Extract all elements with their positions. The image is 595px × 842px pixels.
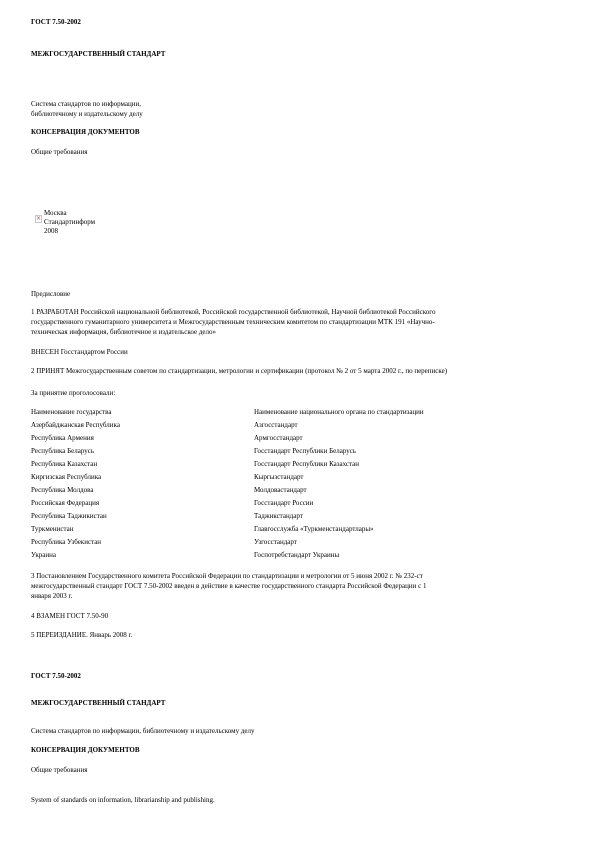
- publisher-year: 2008: [44, 227, 58, 236]
- table-cell-state: Республика Армения: [31, 434, 94, 443]
- voted-label: За принятие проголосовали:: [31, 389, 115, 398]
- table-cell-body: Кыргызстандарт: [254, 473, 303, 482]
- table-cell-state: Республика Казахстан: [31, 460, 97, 469]
- table-header-body: Наименование национального органа по ста…: [254, 408, 424, 417]
- page2-doc-number: ГОСТ 7.50-2002: [31, 672, 81, 681]
- table-cell-state: Республика Узбекистан: [31, 538, 101, 547]
- broken-image-icon: ×: [35, 215, 42, 223]
- publisher-name: Стандартинформ: [44, 218, 95, 227]
- table-row: Украина Госпотребстандарт Украины: [31, 551, 571, 563]
- table-row: Республика Узбекистан Узгосстандарт: [31, 538, 571, 550]
- foreword-introduced: ВНЕСЕН Госстандартом России: [31, 348, 128, 357]
- table-cell-body: Госпотребстандарт Украины: [254, 551, 339, 560]
- table-row: Республика Армения Армгосстандарт: [31, 434, 571, 446]
- foreword-item-3-line-2: межгосударственный стандарт ГОСТ 7.50-20…: [31, 582, 427, 591]
- table-row: Республика Молдова Молдовастандарт: [31, 486, 571, 498]
- table-row: Российская Федерация Госстандарт России: [31, 499, 571, 511]
- page2-system-line: Система стандартов по информации, библио…: [31, 727, 255, 736]
- table-cell-body: Армгосстандарт: [254, 434, 303, 443]
- standard-type: МЕЖГОСУДАРСТВЕННЫЙ СТАНДАРТ: [31, 50, 165, 59]
- document-subtitle: Общие требования: [31, 148, 87, 157]
- document-title: КОНСЕРВАЦИЯ ДОКУМЕНТОВ: [31, 128, 140, 137]
- table-row: Туркменистан Главгосслужба «Туркменстанд…: [31, 525, 571, 537]
- system-line-2: библиотечному и издательскому делу: [31, 110, 143, 119]
- table-cell-body: Главгосслужба «Туркменстандартлары»: [254, 525, 374, 534]
- table-cell-state: Украина: [31, 551, 56, 560]
- table-cell-state: Республика Молдова: [31, 486, 93, 495]
- foreword-item-1-line-1: 1 РАЗРАБОТАН Российской национальной биб…: [31, 308, 436, 317]
- table-row: Республика Таджикистан Таджикстандарт: [31, 512, 571, 524]
- table-row: Республика Казахстан Госстандарт Республ…: [31, 460, 571, 472]
- foreword-item-4: 4 ВЗАМЕН ГОСТ 7.50-90: [31, 612, 108, 621]
- table-cell-body: Госстандарт Республики Беларусь: [254, 447, 356, 456]
- foreword-item-3-line-3: января 2003 г.: [31, 592, 72, 601]
- foreword-item-5: 5 ПЕРЕИЗДАНИЕ. Январь 2008 г.: [31, 631, 132, 640]
- table-cell-body: Узгосстандарт: [254, 538, 297, 547]
- foreword-item-2: 2 ПРИНЯТ Межгосударственным советом по с…: [31, 367, 447, 376]
- table-cell-body: Госстандарт России: [254, 499, 313, 508]
- table-cell-state: Киргизская Республика: [31, 473, 101, 482]
- table-cell-body: Азгосстандарт: [254, 421, 298, 430]
- page2-document-subtitle: Общие требования: [31, 766, 87, 775]
- doc-number: ГОСТ 7.50-2002: [31, 18, 81, 27]
- page2-english-system: System of standards on information, libr…: [31, 796, 215, 805]
- table-cell-state: Азербайджанская Республика: [31, 421, 120, 430]
- table-cell-state: Республика Таджикистан: [31, 512, 107, 521]
- page2-standard-type: МЕЖГОСУДАРСТВЕННЫЙ СТАНДАРТ: [31, 699, 165, 708]
- table-cell-state: Туркменистан: [31, 525, 73, 534]
- table-row: Республика Беларусь Госстандарт Республи…: [31, 447, 571, 459]
- table-cell-body: Госстандарт Республики Казахстан: [254, 460, 359, 469]
- table-row: Киргизская Республика Кыргызстандарт: [31, 473, 571, 485]
- table-row: Азербайджанская Республика Азгосстандарт: [31, 421, 571, 433]
- publisher-city: Москва: [44, 209, 67, 218]
- system-line-1: Система стандартов по информации,: [31, 100, 141, 109]
- foreword-item-3-line-1: 3 Постановлением Государственного комите…: [31, 572, 423, 581]
- foreword-heading: Предисловие: [31, 290, 70, 299]
- foreword-item-1-line-2: государственного гуманитарного университ…: [31, 318, 435, 327]
- table-header-row: Наименование государства Наименование на…: [31, 408, 571, 420]
- page2-document-title: КОНСЕРВАЦИЯ ДОКУМЕНТОВ: [31, 746, 140, 755]
- table-cell-state: Республика Беларусь: [31, 447, 94, 456]
- table-cell-state: Российская Федерация: [31, 499, 99, 508]
- table-cell-body: Молдовастандарт: [254, 486, 307, 495]
- table-header-state: Наименование государства: [31, 408, 111, 417]
- table-cell-body: Таджикстандарт: [254, 512, 303, 521]
- foreword-item-1-line-3: техническая информация, библиотечное и и…: [31, 328, 216, 337]
